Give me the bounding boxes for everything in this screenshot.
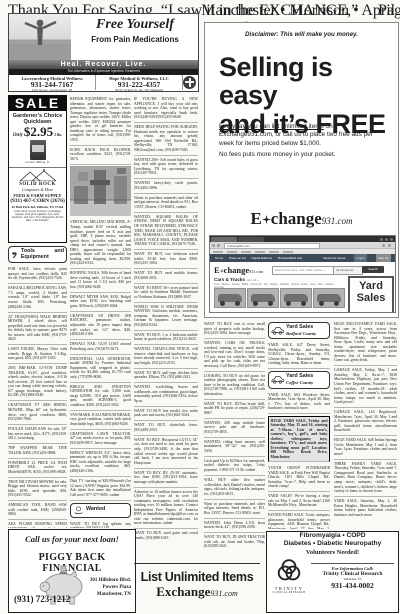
piggy-address: 301 Hillsboro Blvd. Powers Plaza Manches… xyxy=(90,578,131,598)
person-arms-out-icon xyxy=(9,14,71,60)
clinic-1-address: 1234 1st Ave., Lawrenceburg, TN xyxy=(9,88,95,92)
classified-ad: THREE FAMILY YARD SALE, Thursday, Friday… xyxy=(334,460,397,497)
classified-ad: WANTED, 200 amp mobile home service pole… xyxy=(204,419,265,438)
classified-ad: HUGE MULTI-FAMILY YARD SALE, first one i… xyxy=(334,320,397,366)
classified-column-1: SALE Gardener’s ChoiceQuicklawn Only $2.… xyxy=(8,95,67,528)
triquetra-icon xyxy=(276,558,302,582)
classified-ad: POWERBILT 21 PIECE 3/4 INCH DRIVE SAE, s… xyxy=(8,459,67,478)
body-paragraph-2: No fees puts more money in your pocket. xyxy=(219,151,381,158)
tools-equipment-label: Tools and Equipment xyxy=(21,249,64,260)
classified-ad: IMPACT WRENCH, 3/4″, heavy duty, pneumat… xyxy=(70,449,131,477)
classified-ad: WANTED, John Deere L110, lawn mower deck… xyxy=(204,519,265,533)
selling-is-easy-ad: Disclaimer: This will make you money. Se… xyxy=(204,22,399,318)
classified-ad: IF YOU’RE BUYING A NEW APPLIANCE, I will… xyxy=(134,95,198,123)
hand-coin-icon xyxy=(73,506,84,515)
solid-rock-phone: (931) 467-CORN (2676) xyxy=(9,198,66,204)
product-bag-image xyxy=(30,140,46,160)
banner-logo: Exchange931.com xyxy=(134,584,260,600)
classified-ad: REPAIR EQUIPMENT for generator, alternat… xyxy=(70,95,131,146)
trinity-contact: For Information Call: Trinity Clinical R… xyxy=(311,563,394,590)
featured-yard-sale-ad: HUGE YARD SALE, Friday and Saturday, May… xyxy=(268,416,330,462)
yard-sales-title: Yard Sales xyxy=(286,373,313,379)
classified-ad: ESTATE/YARD SALE. Tools; antiques; glass… xyxy=(268,511,330,529)
classified-ad: WANT TO BUY, 1 or 2 bedroom mobile home,… xyxy=(134,331,198,345)
classified-ad: ECHO BACK PACK BLOWER, excellent conditi… xyxy=(70,146,131,165)
bedford-county-label: Bedford County xyxy=(286,331,316,336)
pain-ad-subtitle: From Pain Medications xyxy=(75,35,195,44)
menu-icon xyxy=(388,244,391,247)
back-icon xyxy=(212,244,215,247)
classified-ad: YARD SALE, 627 Deery Street, Shelbyville… xyxy=(268,341,330,369)
classified-ad: GARAGE SALE, Friday, May 1 and Saturday,… xyxy=(334,366,397,408)
classified-ad: WANT TO BUY used mobile homes, (931)668-… xyxy=(134,269,198,283)
classified-ad: WANTED heavy-duty cattle panels, (931)49… xyxy=(134,179,198,193)
classified-column-5: Yard SalesBedford County YARD SALE, 627 … xyxy=(268,320,330,529)
classified-ad: WANT TO BUY, chain-link fence, (931)409-… xyxy=(134,421,198,435)
nav-place-ad: Place an Ad xyxy=(229,256,246,260)
pain-ad-title: Free Yourself xyxy=(75,17,195,33)
classified-ad: WANT TO BUY, Husqvarna LGT15, 54″ cut, d… xyxy=(134,436,198,469)
trinity-conditions-line1: Fibromyalgia • COPD xyxy=(267,532,398,540)
logo-sub: 931.com xyxy=(322,216,353,226)
only-label: Only xyxy=(13,133,23,138)
piggy-address-line3: Manchester, TN xyxy=(90,592,131,599)
classified-ad: WANT TO BUY, JD 4WD TRACTOR with cab, ai… xyxy=(204,533,265,551)
classified-ad: WANT TO BUY log splitter, any condition,… xyxy=(70,520,131,528)
classified-ad: BRIGGS AND STRATTON GENERATOR for sale, … xyxy=(70,383,131,411)
classified-ad: 22″ HUSQVARNA WALK BEHIND MOWER, 4 wheel… xyxy=(8,313,67,346)
classified-column-4: WANT TO BUY, rent to own, small piece of… xyxy=(204,320,265,574)
classified-column-3: IF YOU’RE BUYING A NEW APPLIANCE, I will… xyxy=(134,95,198,561)
gardeners-choice-sale-ad: SALE Gardener’s ChoiceQuicklawn Only $2.… xyxy=(8,95,67,243)
classified-ad: CRAFTSMAN 3/8 DRIVE AIR RATCHET, pneumat… xyxy=(70,312,131,340)
classified-ad: LAWN EDGER, Murray Ultra with wheels, Br… xyxy=(8,345,67,364)
wanted-header: Wanted xyxy=(70,503,131,518)
hammer-icon xyxy=(11,250,19,260)
search-button: Search xyxy=(362,266,384,273)
classified-ad: WANT TO BUY, pull-type chicken litter sp… xyxy=(134,369,198,383)
medical-icon xyxy=(183,76,196,89)
classified-ad: WILL BUY older flea market collectibles,… xyxy=(204,476,265,500)
banner-headline: List Unlimited Items xyxy=(134,570,260,584)
classified-ad: HUGE YARD SALE, 648 Indian Springs Circl… xyxy=(334,436,397,460)
classified-ad: WANT TO BUY, two bedroom travel trailer,… xyxy=(134,250,198,269)
browser-address-bar: exchange931.com xyxy=(210,242,395,249)
classified-ad: VERTICAL MILLING MACHINE, A-Tramp, model… xyxy=(70,218,131,269)
classified-ad: SAWZALL/RECIPROCATING SAW, 7.5 amps, cor… xyxy=(8,284,67,312)
piggy-address-line1: 301 Hillsboro Blvd. xyxy=(90,578,131,585)
car-icon xyxy=(271,375,284,384)
trinity-lower-row: TRINITY CLINICAL RESEARCH For Informatio… xyxy=(267,558,398,594)
classified-ad: WANT TO BUY, JD/Van brunt drill, model F… xyxy=(204,400,265,419)
trinity-logo: TRINITY CLINICAL RESEARCH xyxy=(267,558,311,594)
classified-ad: 7HP SNAPPER REAR TINE TILLER, $450, (931… xyxy=(8,444,67,458)
site-nav-bar: Home Place an Ad Digital Editions Browse… xyxy=(210,254,395,262)
welcome-guest-label: Welcome Guest xyxy=(323,254,345,262)
price-block: Only $2.95 2 lbs. xyxy=(9,125,66,139)
bookmark-item xyxy=(255,251,265,253)
classified-ad: DEWALT NAIL GUN LOST around Petersburg a… xyxy=(70,340,131,354)
classified-ad: POULAN CHAIN SAW for sale, 18″ bar, neve… xyxy=(8,425,67,444)
classified-ad: LOOKING TO BUY an old piano for outdoor … xyxy=(204,372,265,400)
solid-rock-details: Come check out our inventory of desktops… xyxy=(9,209,66,225)
wanted-label: Wanted xyxy=(86,507,105,513)
classified-ad: WANT TO BUY, RV, 25-30′, automatic, less… xyxy=(134,469,198,488)
disclaimer-text: Disclaimer: This will make you money. xyxy=(205,31,398,38)
volunteers-needed: Volunteers Needed! xyxy=(267,549,398,556)
trinity-clinical-research-ad: Fibromyalgia • COPD Diabetes • Diabetic … xyxy=(266,531,399,613)
classified-ad: YOUTH GROUP FUNDRAISER YARD SALE, at Fai… xyxy=(268,464,330,492)
mountains-cross-icon xyxy=(18,169,58,181)
site-logo-sub: 931.com xyxy=(249,269,263,274)
window-maximize-icon xyxy=(385,238,388,241)
headline-line1: Selling is easy xyxy=(219,53,394,110)
yard-sales-bedford-label: Yard SalesBedford County xyxy=(286,325,316,336)
bookmark-item xyxy=(241,251,251,253)
trinity-logo-subtext: CLINICAL RESEARCH xyxy=(267,591,311,594)
category-dropdown: All Categories xyxy=(333,266,363,275)
underlined-phrase: Everyday you can list unlimited items xyxy=(219,123,324,130)
field-photo xyxy=(9,14,71,60)
login-button: Log In xyxy=(354,254,367,262)
promo-line2: Sales xyxy=(350,293,392,305)
classified-ad: Cash paid Up to $25/box for unexpired, s… xyxy=(204,457,265,476)
coverage-label: Covers 1000 sq. ft. xyxy=(9,161,66,165)
section-title: Cars & Trucks xyxy=(214,277,245,282)
exchange931-logo: Echange931.com xyxy=(205,209,398,229)
piggy-tagline: Call us for your next loan! xyxy=(9,534,135,544)
coffee-county-label: Coffee County xyxy=(286,380,313,385)
classified-ad: YARD SALE!! We’re having a large sale on… xyxy=(268,492,330,511)
site-logo: Echange931.com xyxy=(214,265,263,275)
tools-equipment-header: Tools and Equipment xyxy=(8,246,67,263)
piggy-back-financial-ad: Call us for your next loan! PIGGY BACK F… xyxy=(8,529,136,613)
yard-sales-title: Yard Sales xyxy=(286,324,313,330)
yard-sales-promo: Yard Sales xyxy=(348,276,394,313)
classified-ad: WANTED, SQUARE BALES OF STRAW, NEED 10 S… xyxy=(134,213,198,250)
banner-logo-text: Exchange xyxy=(156,584,210,599)
signup-button: Sign Up xyxy=(376,254,391,262)
site-logo-rest: change xyxy=(224,265,250,275)
window-minimize-icon xyxy=(380,238,383,241)
classified-ad: Wants to purchase minerals and other oil… xyxy=(134,194,198,213)
classified-ad: CRAFTSMAN YT 3000 RIDING MOWER, 19hp, 46… xyxy=(8,401,67,425)
forward-icon xyxy=(217,244,220,247)
trinity-conditions-line2: Diabetes • Diabetic Neuropathy xyxy=(267,540,398,548)
promo-line1: Yard xyxy=(350,281,392,293)
classified-ad: DEWALT MITER SAW, $150, Ridgid miter saw… xyxy=(70,293,131,312)
classified-ad: YARD SALE, Saturday, May 2, 40 Eaton Hei… xyxy=(334,497,397,520)
banner-logo-sub: 931.com xyxy=(210,589,237,598)
logo-rest: change xyxy=(271,209,322,228)
classified-ad: WANTED, scaffolding, braces and wallboar… xyxy=(134,383,198,407)
classified-ad: FOR SALE, latex electric paint sprayer a… xyxy=(8,265,67,284)
star-icon xyxy=(382,244,385,247)
window-close-icon xyxy=(390,238,393,241)
classified-ad: 2005 BRI-MAR 3.5-TON DUMP TRAILER, 6′x10… xyxy=(8,364,67,401)
nav-home: Home xyxy=(215,256,223,260)
vehicle-thumbnail xyxy=(313,288,345,308)
piggy-phone: (931) 723-1212 xyxy=(14,594,70,604)
classified-ad: WANT TO BUY late model, low miles junk c… xyxy=(134,407,198,421)
search-input: Search here (Item, Year, Make, Model...) xyxy=(272,266,334,275)
divider xyxy=(134,563,260,564)
clinic-2: Hope Medical & Wellness, LLC 931-222-435… xyxy=(96,75,183,91)
classified-ad: WANTED, riding lawn mower, well maintain… xyxy=(204,438,265,457)
classified-ad: WANTED, CHAIN-LINK FENCE, will remove ch… xyxy=(134,345,198,369)
classified-ad: ROOFING NAILS, 50lb boxes of hand drive … xyxy=(70,269,131,293)
classified-ad: WORLD WAR II MILITARY ITEMS WANTED, Unif… xyxy=(134,303,198,331)
starburst-icon xyxy=(262,215,271,224)
bookmark-item xyxy=(227,251,237,253)
clinic-1: Lawrenceburg Medical Wellness 931-244-71… xyxy=(9,75,96,91)
milling-machine-photo xyxy=(70,166,131,216)
solid-rock-section: SOLID ROCK Computers & More FEED & FARM … xyxy=(9,167,66,225)
classified-ad: AEA PLUMB ROOFING SPEED HATCHETS, still … xyxy=(8,520,67,528)
bookmark-item xyxy=(213,251,223,253)
trinity-phone: 931-434-0002 xyxy=(311,581,394,590)
vehicle-thumbnail xyxy=(280,288,312,308)
vehicle-thumbnail xyxy=(247,288,279,308)
car-icon xyxy=(271,326,284,335)
vehicle-thumbnail xyxy=(214,288,246,308)
sale-header: SALE xyxy=(9,96,66,111)
product-line1: Gardener’s Choice xyxy=(13,113,63,119)
classified-ad: GARAGE SALE, 143 Regalwood, Manchester, … xyxy=(334,408,397,436)
classified-ad: TROY BILT PUSH MOWER for sale, Briggs an… xyxy=(8,478,67,502)
classified-column-6: HUGE MULTI-FAMILY YARD SALE, first one i… xyxy=(334,320,397,529)
yard-sales-coffee-header: Yard SalesCoffee County xyxy=(268,371,330,388)
classified-column-2: REPAIR EQUIPMENT for generator, alternat… xyxy=(70,95,131,528)
list-unlimited-items-banner: List Unlimited Items Exchange931.com xyxy=(134,561,260,613)
classified-ad: WANT TO BUY, used gates and corral panel… xyxy=(134,529,198,542)
classified-ad: WANT TO BUY, rent to own, small piece of… xyxy=(204,320,265,339)
classified-ad: INDUSTRIAL GAS GENERATOR, model 4500M by… xyxy=(70,355,131,383)
classified-ad: CRAFTSMAN LAWN TRACTOR, 42″ cut, needs s… xyxy=(70,430,131,449)
clinic-2-address: 504 N. Jackson St., Ste. 103, Tullahoma xyxy=(96,88,182,92)
body-paragraph-1: Everyday you can list unlimited items on… xyxy=(219,123,381,148)
classified-ad: AMERICAN TOOL BAND SAW with coolant tank… xyxy=(8,501,67,520)
yard-sales-bedford-header: Yard SalesBedford County xyxy=(268,322,330,339)
classified-ad: Dish TV starting at $29.99/month (for 12… xyxy=(70,477,131,501)
nav-browse-want-ads: Browse/Want Ads xyxy=(278,256,302,260)
website-screenshot: exchange931.com Home Place an Ad Digital… xyxy=(209,235,396,313)
unit-label: 2 lbs. xyxy=(54,133,62,137)
price: $2.95 xyxy=(24,124,53,139)
pain-ad-contacts: Lawrenceburg Medical Wellness 931-244-71… xyxy=(9,75,198,91)
yard-sales-coffee-label: Yard SalesCoffee County xyxy=(286,374,313,385)
bookmark-item xyxy=(283,251,293,253)
classified-ad: YARD SALE, 604 Woodrow Street, Mancheste… xyxy=(268,391,330,415)
classified-ad: WANT TO RENT 50+ acres pasture land for … xyxy=(134,284,198,303)
clinic-1-phone: 931-244-7167 xyxy=(9,81,95,89)
pain-medications-ad: Free Yourself From Pain Medications Heal… xyxy=(8,13,199,92)
classified-ad: VAN-MARK II ALUMINUM BRAKE, very good co… xyxy=(70,411,131,430)
classified-ad: WANTED, CARS OR TRUCKS, wrecked, running… xyxy=(204,339,265,372)
logo-e: E xyxy=(250,209,261,228)
classified-ad: WANTED 200+ 5x6 round bales of grass hay… xyxy=(134,156,198,180)
heal-recover-live-banner: Heal. Recover. Live. xyxy=(9,60,198,69)
view-all-link: view all » xyxy=(246,278,258,282)
cars-trucks-heading: Cars & Trucks view all » xyxy=(214,277,259,282)
classified-ad: Advertise to 10 million homes across the… xyxy=(134,488,198,530)
nav-digital-editions: Digital Editions xyxy=(252,256,272,260)
classified-ad: NEED HELP PAYING FOR SURGERY, Husband ne… xyxy=(134,123,198,156)
clinic-2-phone: 931-222-4357 xyxy=(96,81,182,89)
piggy-address-line2: Powers Plaza xyxy=(90,585,131,592)
site-content: Echange931.com Search here (Item, Year, … xyxy=(210,262,395,312)
solid-rock-address: 62 Ball Park Rd, Pelham, TN 37366 xyxy=(9,205,66,209)
classified-ad: Want to purchase minerals and other oil/… xyxy=(204,500,265,519)
bookmark-item xyxy=(269,251,279,253)
